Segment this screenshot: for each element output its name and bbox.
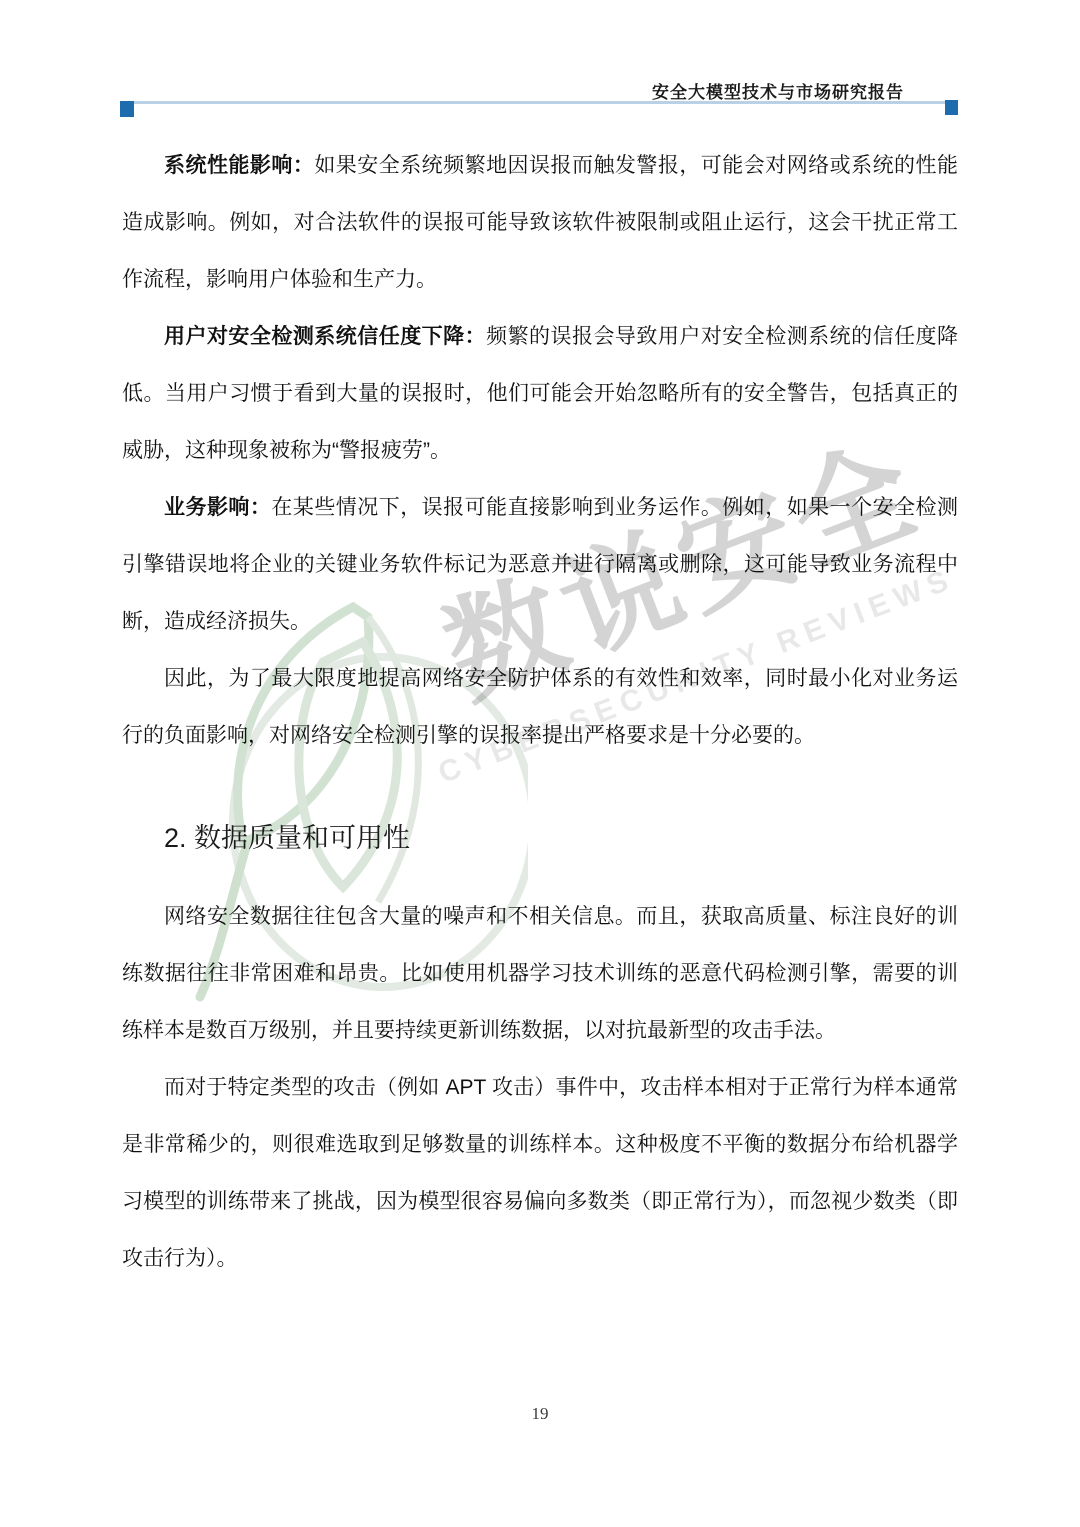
page-number: 19 (0, 1404, 1080, 1424)
header-rule-right-cap (945, 100, 958, 115)
paragraph-4: 因此，为了最大限度地提高网络安全防护体系的有效性和效率，同时最小化对业务运行的负… (122, 650, 958, 764)
header-rule-left-cap (120, 101, 134, 117)
header-rule (133, 101, 946, 104)
paragraph-1-lead: 系统性能影响： (164, 154, 314, 177)
paragraph-3: 业务影响：在某些情况下，误报可能直接影响到业务运作。例如，如果一个安全检测引擎错… (122, 479, 958, 650)
paragraph-2-lead: 用户对安全检测系统信任度下降： (164, 325, 486, 348)
paragraph-5-text: 网络安全数据往往包含大量的噪声和不相关信息。而且，获取高质量、标注良好的训练数据… (122, 905, 958, 1042)
paragraph-5: 网络安全数据往往包含大量的噪声和不相关信息。而且，获取高质量、标注良好的训练数据… (122, 888, 958, 1059)
paragraph-6: 而对于特定类型的攻击（例如 APT 攻击）事件中，攻击样本相对于正常行为样本通常… (122, 1059, 958, 1287)
paragraph-1: 系统性能影响：如果安全系统频繁地因误报而触发警报，可能会对网络或系统的性能造成影… (122, 137, 958, 308)
paragraph-6-text: 而对于特定类型的攻击（例如 APT 攻击）事件中，攻击样本相对于正常行为样本通常… (122, 1076, 958, 1270)
report-page: 安全大模型技术与市场研究报告 数说安全 CYBERSECURITY REVIEW… (0, 0, 1080, 1527)
paragraph-4-text: 因此，为了最大限度地提高网络安全防护体系的有效性和效率，同时最小化对业务运行的负… (122, 667, 958, 747)
document-body: 系统性能影响：如果安全系统频繁地因误报而触发警报，可能会对网络或系统的性能造成影… (122, 137, 958, 1287)
paragraph-2: 用户对安全检测系统信任度下降：频繁的误报会导致用户对安全检测系统的信任度降低。当… (122, 308, 958, 479)
paragraph-3-lead: 业务影响： (164, 496, 271, 519)
section-heading-data-quality: 2. 数据质量和可用性 (122, 808, 958, 868)
header-title: 安全大模型技术与市场研究报告 (652, 78, 904, 103)
